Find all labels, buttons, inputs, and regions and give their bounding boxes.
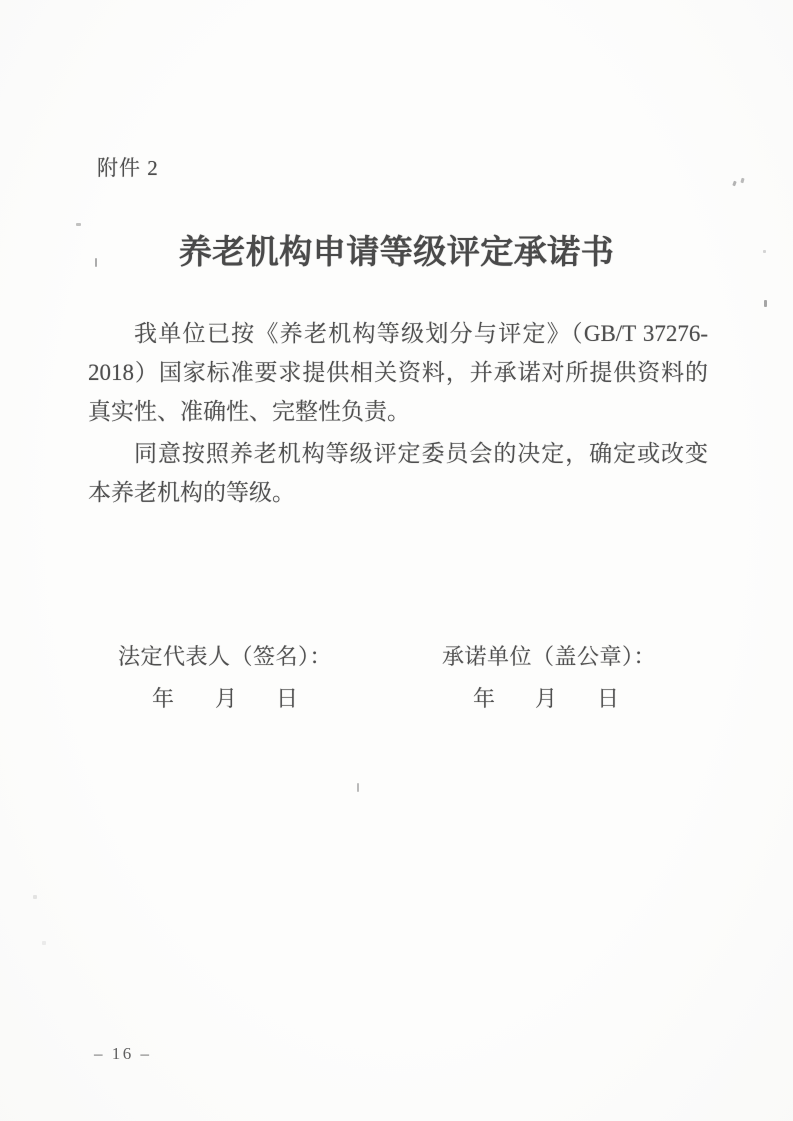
right-date-year-label: 年	[473, 682, 495, 713]
scan-speck	[740, 178, 744, 184]
paragraph-commitment-2: 同意按照养老机构等级评定委员会的决定，确定或改变本养老机构的等级。	[88, 434, 708, 512]
legal-representative-signature-label: 法定代表人（签名）：	[118, 640, 332, 671]
scanned-document-page: 附件 2 养老机构申请等级评定承诺书 我单位已按《养老机构等级划分与评定》（GB…	[0, 0, 793, 1121]
scan-speck	[764, 300, 767, 307]
paragraph-commitment-1: 我单位已按《养老机构等级划分与评定》（GB/T 37276-2018）国家标准要…	[88, 314, 708, 431]
scan-speck	[357, 783, 359, 792]
attachment-label: 附件 2	[97, 152, 159, 182]
left-date-year-label: 年	[152, 682, 174, 713]
right-date-month-label: 月	[535, 682, 557, 713]
committing-unit-seal-label: 承诺单位（盖公章）：	[442, 640, 656, 671]
left-date-day-label: 日	[276, 682, 298, 713]
page-number: – 16 –	[94, 1044, 152, 1064]
left-date-month-label: 月	[215, 682, 237, 713]
scan-speck	[42, 941, 46, 945]
scan-speck	[33, 895, 37, 899]
scan-speck	[732, 181, 737, 187]
document-body: 我单位已按《养老机构等级划分与评定》（GB/T 37276-2018）国家标准要…	[88, 314, 708, 512]
document-title: 养老机构申请等级评定承诺书	[0, 226, 793, 273]
right-date-day-label: 日	[597, 682, 619, 713]
